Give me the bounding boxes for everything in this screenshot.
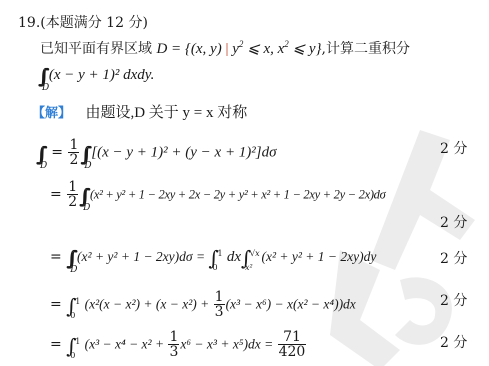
equals: = [50, 187, 62, 203]
solution-intro: 【解】 由题设,D 关于 y = x 对称 [32, 104, 247, 123]
step-expression-tail: (x² + y² + 1 − 2xy)dy [261, 249, 376, 264]
lower-limit: x² [245, 259, 253, 277]
denominator: 3 [168, 345, 179, 359]
lower-limit: 0 [212, 259, 217, 277]
differential: dx [227, 249, 241, 265]
fraction-half: 12 [68, 138, 79, 167]
result-fraction: 71420 [278, 330, 307, 359]
equals: = [50, 249, 62, 265]
statement-suffix: ,计算二重积分 [322, 41, 410, 57]
integral-sign: ∫√xx² [241, 249, 251, 267]
double-integral-sign: ∫∫D [38, 67, 41, 85]
step-expression: (x² + y² + 1 − 2xy)dσ = [77, 249, 208, 264]
problem-score-note: (本题满分 12 分) [40, 15, 148, 31]
integrand: (x − y + 1)² dxdy. [49, 67, 155, 83]
step-5: = ∫10(x³ − x⁴ − x² + 13x⁶ − x³ + x⁵)dx =… [50, 330, 307, 359]
problem-integral: ∫∫D(x − y + 1)² dxdy. [38, 66, 154, 85]
numerator: 1 [168, 330, 179, 345]
step-expression-tail: x⁶ − x³ + x⁵)dx = [180, 337, 276, 352]
step-2: = 12∫∫D(x² + y² + 1 − 2xy + 2x − 2y + y²… [50, 180, 386, 209]
step-4-score: 2 分 [440, 290, 467, 310]
numerator: 1 [214, 290, 225, 305]
step-4: = ∫10(x²(x − x²) + (x − x²) + 13(x³ − x⁶… [50, 290, 356, 319]
step-1-score: 2 分 [440, 138, 467, 158]
fraction-third: 13 [168, 330, 179, 359]
denominator: 420 [278, 345, 307, 359]
numerator: 1 [67, 180, 78, 195]
equals: = [51, 145, 63, 161]
numerator: 71 [278, 330, 307, 345]
solution-intro-text: 由题设,D 关于 y = x 对称 [85, 105, 247, 121]
step-expression: (x³ − x⁴ − x² + [85, 337, 168, 352]
step-2-score: 2 分 [440, 212, 467, 232]
denominator: 2 [68, 153, 79, 167]
step-expression: (x² + y² + 1 − 2xy + 2x − 2y + y² + x² +… [90, 188, 386, 202]
solution-label: 【解】 [32, 106, 71, 121]
domain-definition: D = {(x, y) | y2 ⩽ x, x2 ⩽ y} [156, 41, 321, 57]
integral-sign: ∫10 [66, 297, 76, 315]
double-integral-sign: ∫∫D [79, 187, 82, 205]
fraction-half: 12 [67, 180, 78, 209]
problem-header: 19.(本题满分 12 分) [18, 14, 148, 32]
numerator: 1 [68, 138, 79, 153]
step-5-score: 2 分 [440, 332, 467, 352]
equals: = [50, 337, 62, 353]
lower-limit: 0 [70, 347, 75, 365]
problem-number: 19. [18, 15, 40, 31]
fraction-third: 13 [214, 290, 225, 319]
upper-limit: 1 [75, 293, 80, 311]
lower-limit: 0 [70, 307, 75, 325]
integral-sign: ∫10 [66, 337, 76, 355]
double-integral-sign: ∫∫D [36, 145, 39, 163]
problem-statement: 已知平面有界区域 D = {(x, y) | y2 ⩽ x, x2 ⩽ y},计… [40, 40, 410, 58]
equals: = [50, 297, 62, 313]
step-3: = ∫∫D(x² + y² + 1 − 2xy)dσ = ∫10dx∫√xx²(… [50, 248, 376, 267]
step-expression: [(x − y + 1)² + (y − x + 1)²]dσ [91, 145, 276, 161]
upper-limit: 1 [217, 245, 222, 263]
step-expression: (x²(x − x²) + (x − x²) + [85, 297, 213, 312]
double-integral-sign: ∫∫D [80, 145, 83, 163]
upper-limit: 1 [75, 333, 80, 351]
step-expression-tail: (x³ − x⁶) − x(x² − x⁴))dx [226, 297, 356, 312]
statement-text: 已知平面有界区域 [40, 41, 152, 57]
integral-sign: ∫10 [208, 249, 218, 267]
step-3-score: 2 分 [440, 248, 467, 268]
denominator: 3 [214, 305, 225, 319]
denominator: 2 [67, 195, 78, 209]
step-1: ∫∫D = 12∫∫D[(x − y + 1)² + (y − x + 1)²]… [36, 138, 277, 167]
double-integral-sign: ∫∫D [66, 249, 69, 267]
